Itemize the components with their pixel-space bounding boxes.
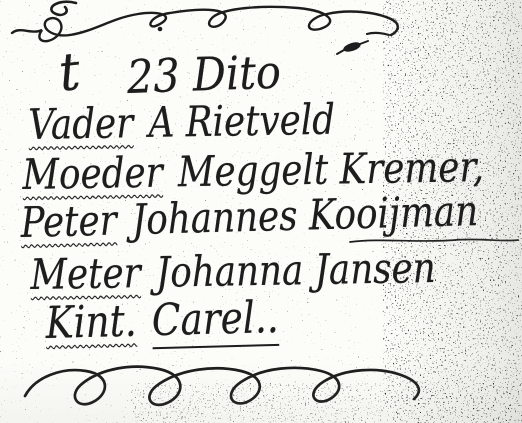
record-label-meter: Meter xyxy=(30,248,141,299)
record-label-vader: Vader xyxy=(28,98,134,149)
record-label-kint: Kint. xyxy=(45,296,137,349)
record-value-kint: Carel.. xyxy=(151,292,279,349)
record-value-peter: Johannes Kooijman xyxy=(131,186,478,244)
record-value-meter: Johanna Jansen xyxy=(156,243,437,297)
record-line-vader: VaderA Rietveld xyxy=(28,95,335,149)
ink-dot xyxy=(158,27,163,32)
record-value-vader: A Rietveld xyxy=(148,95,335,147)
record-label-peter: Peter xyxy=(20,195,117,246)
record-label-moeder: Moeder xyxy=(22,148,163,199)
record-line-meter: MeterJohanna Jansen xyxy=(30,243,436,299)
document-page: t 23 Dito VaderA Rietveld MoederMeggelt … xyxy=(0,0,522,423)
record-line-kint: Kint.Carel.. xyxy=(45,292,279,349)
speckle-texture-bottom-band xyxy=(150,385,522,423)
